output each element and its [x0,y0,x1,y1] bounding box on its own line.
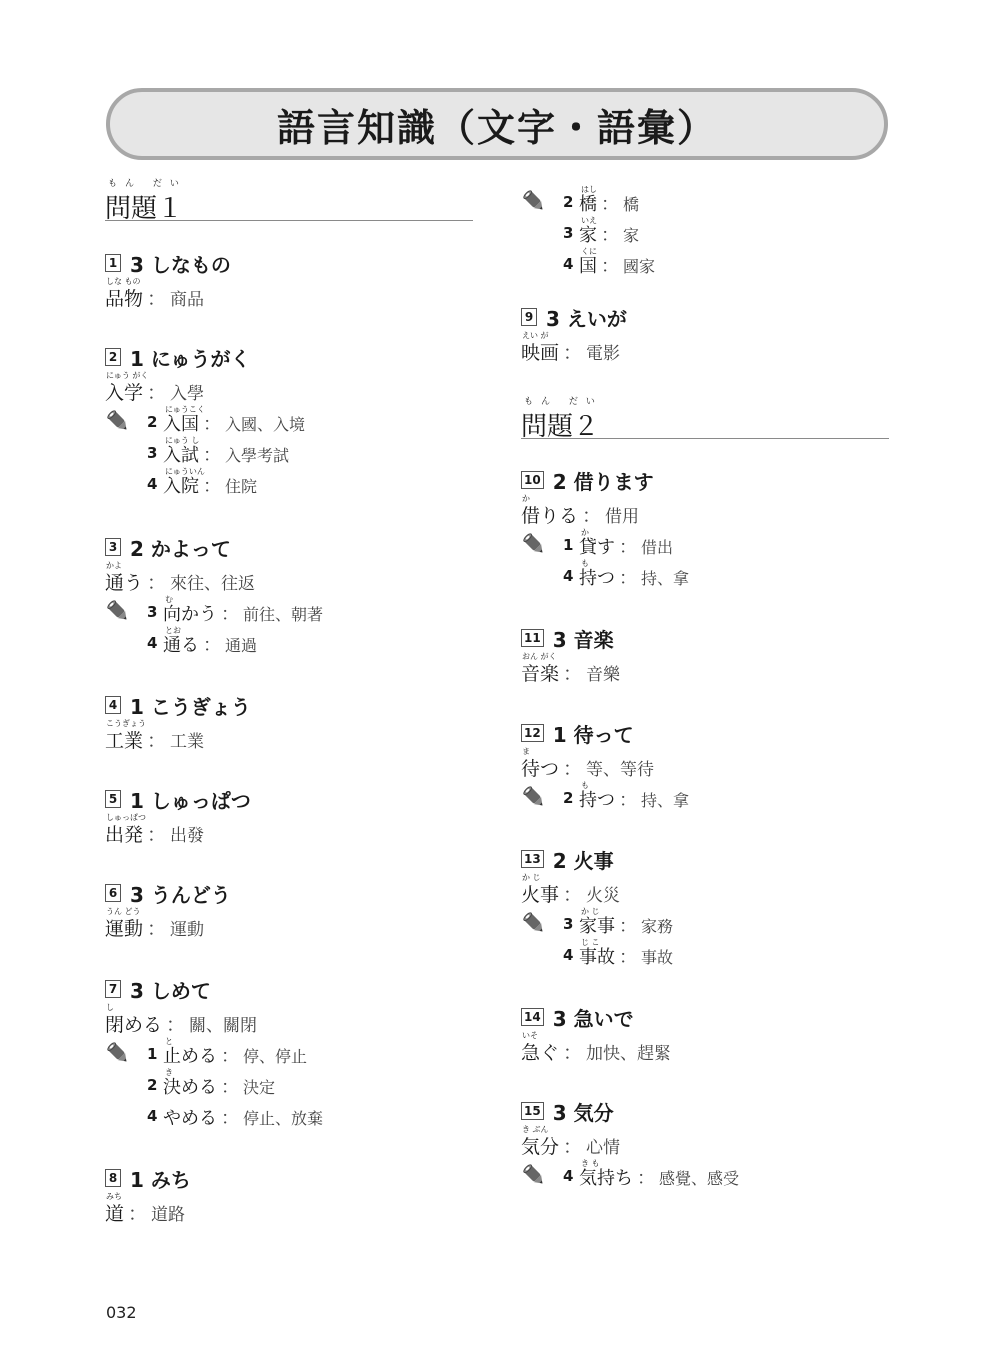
related-entry: 1 と 止める：停、停止 [105,1036,211,1067]
meaning: 通過 [225,636,257,655]
word: 事故 [579,947,615,968]
question-6: 6 3 うんどう うん どう 運動：運動 [105,880,231,940]
pencil-icon [521,188,547,214]
word: 持つ [579,790,615,811]
related-entry: 2 も 持つ：持、拿 [521,780,634,811]
question-number-box: 15 [521,1102,544,1120]
meaning: 工業 [170,732,204,752]
question-1: 1 3 しなもの しな もの 品物：商品 [105,250,231,310]
section-title: 問題２ [521,406,599,443]
question-3: 3 2 かよって かよ 通う：來往、往返 3 む 向かう：前往、朝著 4 とお … [105,534,231,656]
meaning: 入學考試 [225,446,289,465]
word: 入試 [163,445,199,466]
answer: 1 こうぎょう [130,691,251,720]
vocab-entry: か じ 火事：火災 [521,872,614,906]
question-8-continued: 2 はし 橋：橋 3 いえ 家：家 4 くに 国：國家 [521,184,563,277]
vocab-entry: みち 道：道路 [105,1191,191,1225]
pencil-icon [521,1162,547,1188]
option-number: 3 [147,444,157,462]
word: 家 [579,225,597,246]
word: 通う [105,572,143,594]
question-9: 9 3 えいが えい が 映画：電影 [521,304,627,364]
word: 国 [579,256,597,277]
pencil-icon [105,408,131,434]
question-13: 13 2 火事 か じ 火事：火災 3 か じ 家事：家務 4 じ こ 事故：事… [521,846,614,968]
word: 入院 [163,476,199,497]
meaning: 加快、趕緊 [586,1044,671,1064]
meaning: 持、拿 [641,791,689,810]
meaning: 停、停止 [243,1047,307,1066]
meaning: 來往、往返 [170,574,255,594]
word: 出発 [105,824,143,846]
meaning: 運動 [170,920,204,940]
option-number: 4 [147,475,157,493]
word: 持つ [579,568,615,589]
word: 映画 [521,342,559,364]
option-number: 2 [563,193,573,211]
question-7: 7 3 しめて し 閉める：關、關閉 1 と 止める：停、停止 2 き 決める：… [105,976,211,1129]
related-entry: 2 にゅうこく 入国：入國、入境 [105,404,250,435]
related-entry: 3 にゅう し 入試：入學考試 [105,435,250,466]
word: 通る [163,635,199,656]
question-12: 12 1 待って ま 待つ：等、等待 2 も 持つ：持、拿 [521,720,634,811]
related-entry: 4 き も 気持ち：感覺、感受 [521,1158,614,1189]
meaning: 出發 [170,826,204,846]
vocab-entry: かよ 通う：來往、往返 [105,560,231,594]
question-10: 10 2 借ります か 借りる：借用 1 か 貸す：借出 4 も 持つ：持、拿 [521,467,654,589]
answer: 1 しゅっぱつ [130,785,251,814]
meaning: 心情 [586,1138,620,1158]
meaning: 感覺、感受 [659,1169,739,1188]
word: 待つ [521,758,559,780]
option-number: 1 [147,1045,157,1063]
pencil-icon [105,1040,131,1066]
meaning: 道路 [151,1205,185,1225]
meaning: 家 [623,226,639,245]
question-number-box: 3 [105,538,121,556]
question-8: 8 1 みち みち 道：道路 [105,1165,191,1225]
vocab-entry: ま 待つ：等、等待 [521,746,634,780]
meaning: 商品 [170,290,204,310]
word: 気分 [521,1136,559,1158]
question-number-box: 13 [521,850,544,868]
question-14: 14 3 急いで いそ 急ぐ：加快、趕緊 [521,1004,634,1064]
meaning: 橋 [623,195,639,214]
related-entry: 4 も 持つ：持、拿 [521,558,654,589]
word: 止める [163,1046,217,1067]
word: 音楽 [521,663,559,685]
word: 向かう [163,604,217,625]
question-number-box: 12 [521,724,544,742]
answer: 3 急いで [553,1003,634,1032]
meaning: 火災 [586,886,620,906]
question-4: 4 1 こうぎょう こうぎょう 工業：工業 [105,692,251,752]
vocab-entry: おん がく 音楽：音樂 [521,651,614,685]
word: 火事 [521,884,559,906]
word: 決める [163,1077,217,1098]
vocab-entry: えい が 映画：電影 [521,330,627,364]
word: やめる [163,1108,217,1129]
question-number-box: 4 [105,696,121,714]
question-15: 15 3 気分 き ぶん 気分：心情 4 き も 気持ち：感覺、感受 [521,1098,614,1189]
option-number: 3 [563,915,573,933]
vocab-entry: こうぎょう 工業：工業 [105,718,251,752]
vocab-entry: か 借りる：借用 [521,493,654,527]
pencil-icon [105,598,131,624]
related-entry: 4 じ こ 事故：事故 [521,937,614,968]
word: 借りる [521,505,578,527]
answer: 3 うんどう [130,879,231,908]
option-number: 2 [147,413,157,431]
answer: 2 かよって [130,533,231,562]
answer: 3 気分 [553,1097,614,1126]
vocab-entry: いそ 急ぐ：加快、趕緊 [521,1030,634,1064]
word: 工業 [105,730,143,752]
question-number-box: 6 [105,884,121,902]
related-entry: 4 にゅういん 入院：住院 [105,466,250,497]
meaning: 國家 [623,257,655,276]
related-entry: 4 くに 国：國家 [521,246,563,277]
option-number: 4 [563,255,573,273]
section-heading-1: もん だい 問題１ [105,176,473,221]
word: 橋 [579,194,597,215]
related-entry: 3 か じ 家事：家務 [521,906,614,937]
meaning: 持、拿 [641,569,689,588]
answer: 3 しなもの [130,249,231,278]
vocab-entry: し 閉める：關、關閉 [105,1002,211,1036]
vocab-entry: にゅう がく 入学：入學 [105,370,250,404]
question-5: 5 1 しゅっぱつ しゅっぱつ 出発：出發 [105,786,251,846]
related-entry: 3 いえ 家：家 [521,215,563,246]
option-number: 2 [563,789,573,807]
pencil-icon [521,531,547,557]
word: 急ぐ [521,1042,559,1064]
meaning: 入國、入境 [225,415,305,434]
pencil-icon [521,910,547,936]
meaning: 借用 [605,507,639,527]
meaning: 事故 [641,948,673,967]
title-banner: 語言知識（文字・語彙） [106,88,888,160]
answer: 2 借ります [553,466,654,495]
related-entry: 4 とお 通る：通過 [105,625,231,656]
answer: 1 待って [553,719,634,748]
related-entry: 2 き 決める：決定 [105,1067,211,1098]
word: 品物 [105,288,143,310]
meaning: 入學 [170,384,204,404]
related-entry: 3 む 向かう：前往、朝著 [105,594,231,625]
related-entry: 4 やめる：停止、放棄 [105,1098,211,1129]
related-entry: 2 はし 橋：橋 [521,184,563,215]
vocab-entry: うん どう 運動：運動 [105,906,231,940]
related-entry: 1 か 貸す：借出 [521,527,654,558]
word: 家事 [579,916,615,937]
meaning: 家務 [641,917,673,936]
question-number-box: 9 [521,308,537,326]
option-number: 4 [563,946,573,964]
question-2: 2 1 にゅうがく にゅう がく 入学：入學 2 にゅうこく 入国：入國、入境 … [105,344,250,497]
question-number-box: 8 [105,1169,121,1187]
pencil-icon [521,784,547,810]
option-number: 2 [147,1076,157,1094]
meaning: 借出 [641,538,673,557]
question-number-box: 1 [105,254,121,272]
option-number: 3 [147,603,157,621]
answer: 1 にゅうがく [130,343,250,372]
meaning: 停止、放棄 [243,1109,323,1128]
question-11: 11 3 音楽 おん がく 音楽：音樂 [521,625,614,685]
meaning: 決定 [243,1078,275,1097]
question-number-box: 5 [105,790,121,808]
question-number-box: 11 [521,629,544,647]
answer: 3 しめて [130,975,211,1004]
vocab-entry: しな もの 品物：商品 [105,276,231,310]
meaning: 關、關閉 [189,1016,257,1036]
answer: 2 火事 [553,845,614,874]
option-number: 4 [563,567,573,585]
option-number: 4 [147,1107,157,1125]
answer: 3 えいが [546,303,627,332]
option-number: 4 [563,1167,573,1185]
meaning: 住院 [225,477,257,496]
answer: 3 音楽 [553,624,614,653]
meaning: 音樂 [586,665,620,685]
option-number: 4 [147,634,157,652]
vocab-entry: き ぶん 気分：心情 [521,1124,614,1158]
section-title: 問題１ [105,188,183,225]
answer: 1 みち [130,1164,191,1193]
page-number: 032 [106,1303,137,1322]
vocab-entry: しゅっぱつ 出発：出發 [105,812,251,846]
question-number-box: 2 [105,348,121,366]
meaning: 等、等待 [586,760,654,780]
page-title: 語言知識（文字・語彙） [277,97,717,152]
word: 貸す [579,537,615,558]
meaning: 電影 [586,344,620,364]
question-number-box: 7 [105,980,121,998]
meaning: 前往、朝著 [243,605,323,624]
question-number-box: 10 [521,471,544,489]
option-number: 3 [563,224,573,242]
word: 運動 [105,918,143,940]
word: 入国 [163,414,199,435]
word: 気持ち [579,1168,633,1189]
option-number: 1 [563,536,573,554]
word: 閉める [105,1014,162,1036]
question-number-box: 14 [521,1008,544,1026]
word: 道 [105,1203,124,1225]
word: 入学 [105,382,143,404]
section-heading-2: もん だい 問題２ [521,394,889,439]
